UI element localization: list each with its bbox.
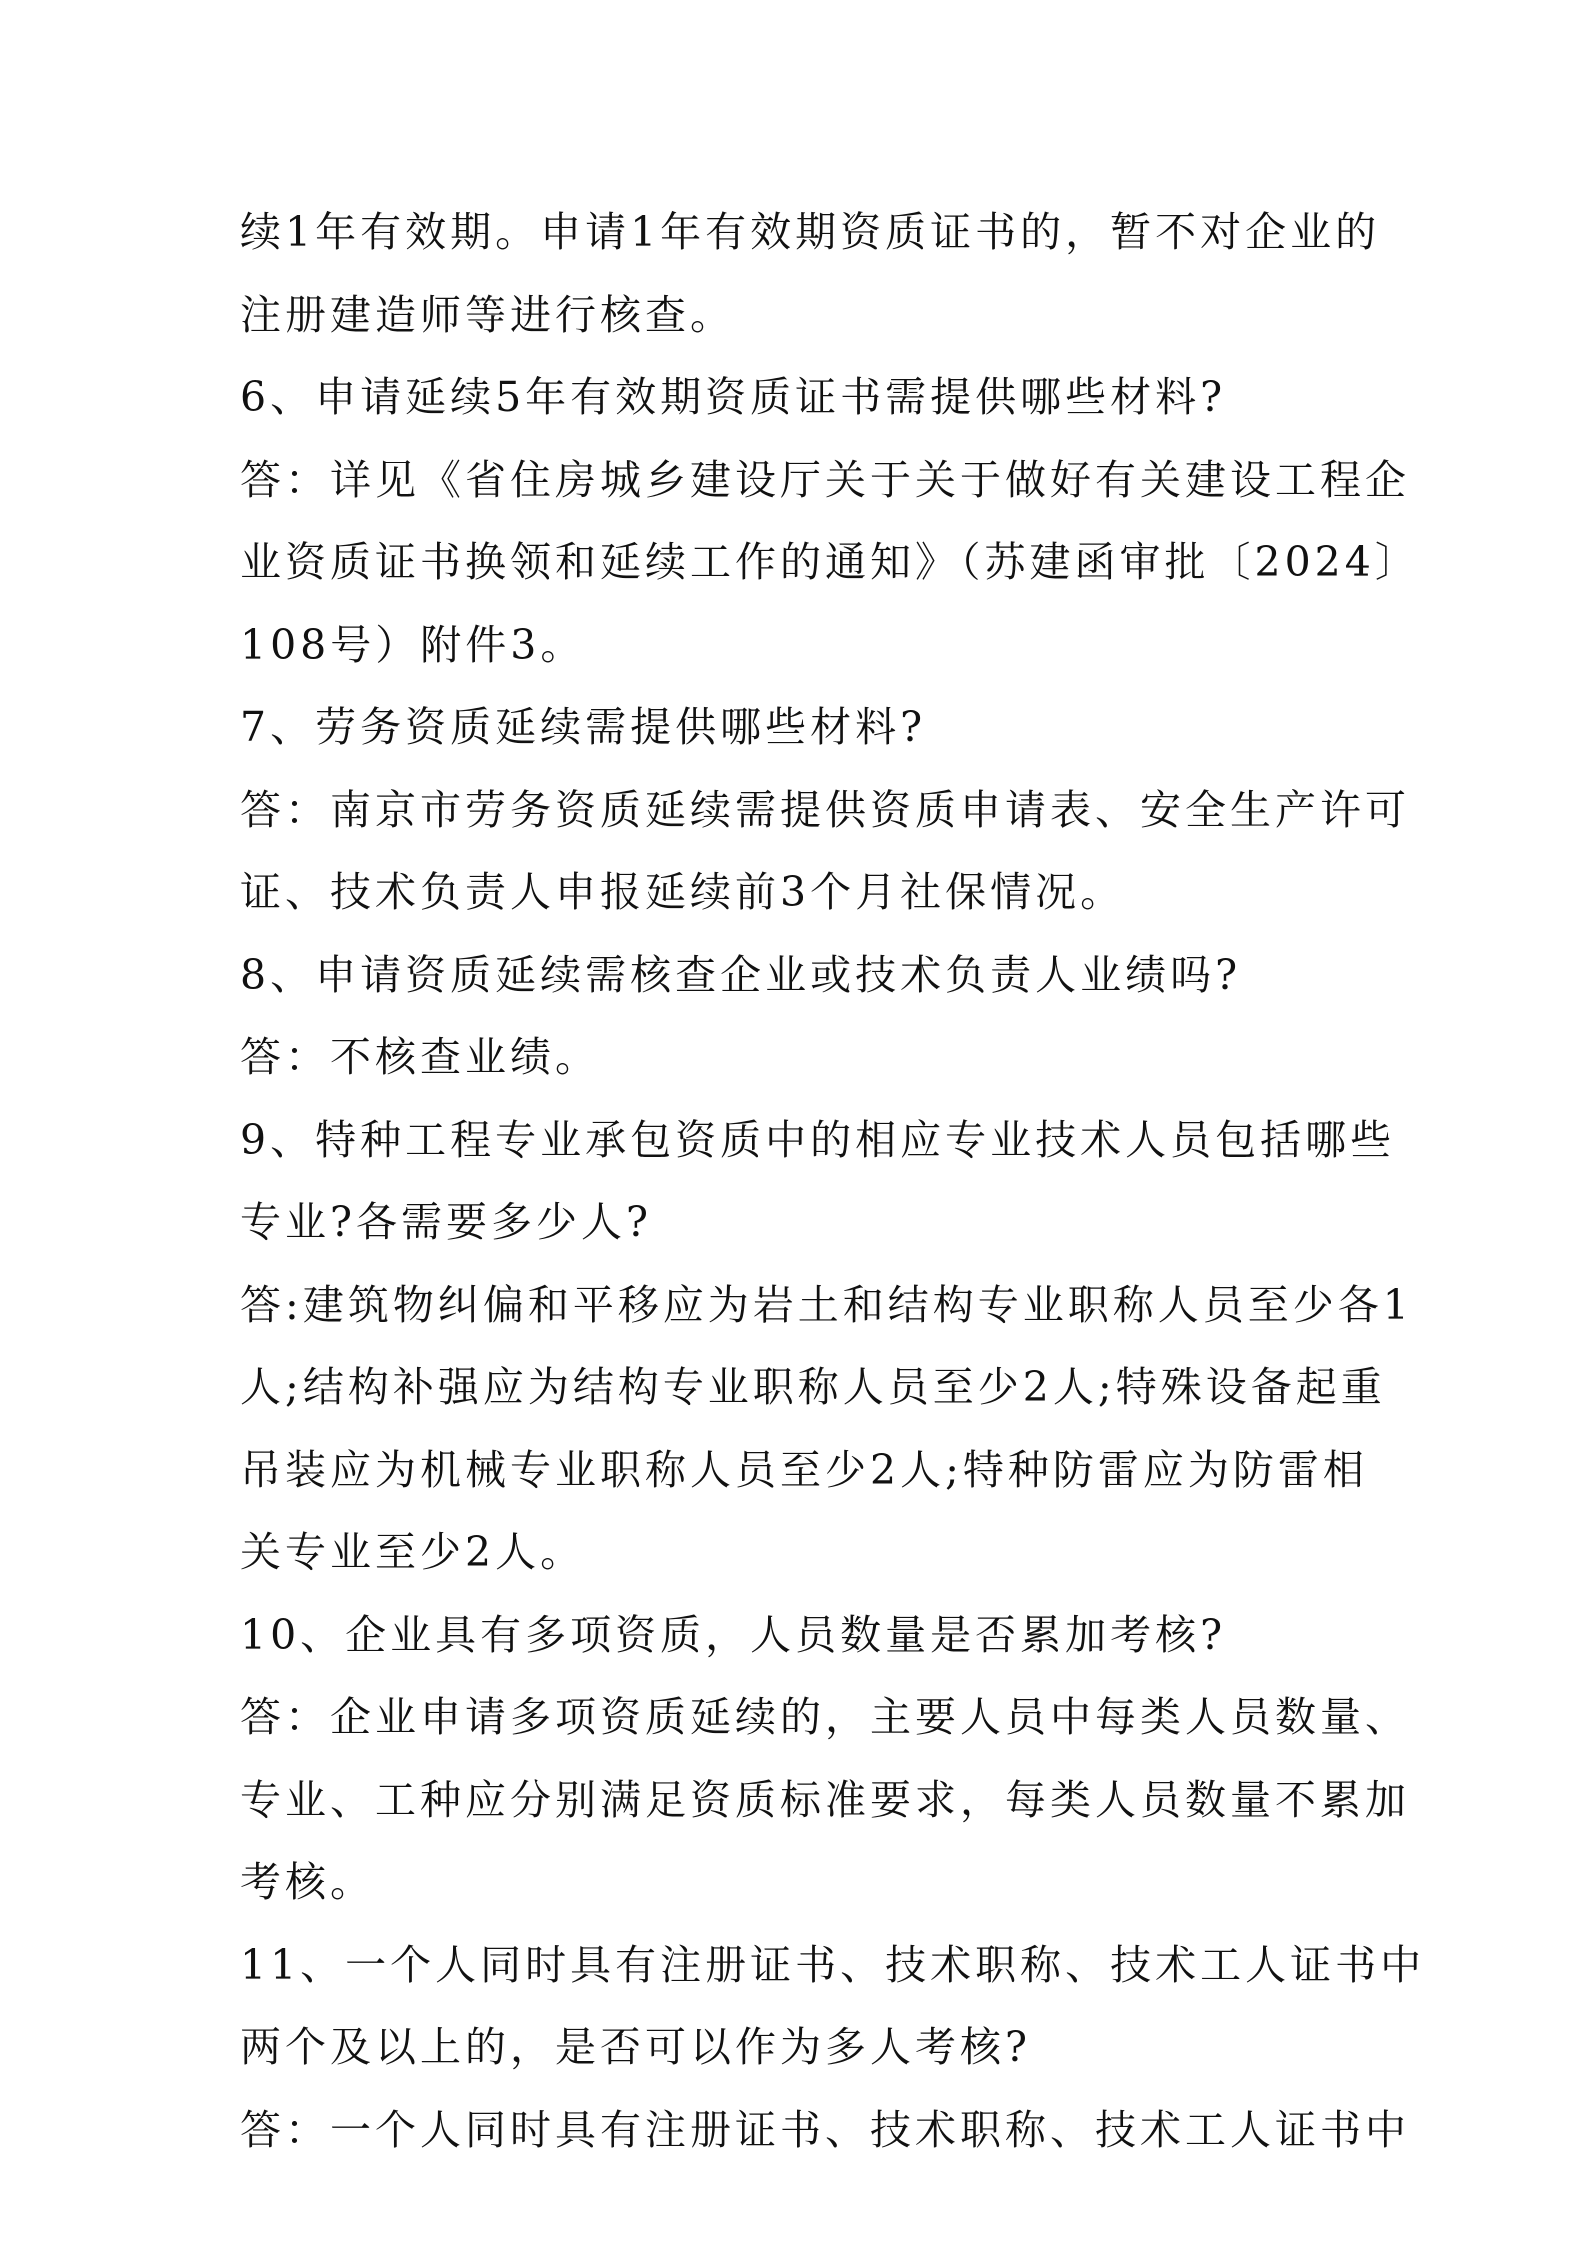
answer-text: 考核。	[240, 1862, 1355, 1902]
question-heading: 7、劳务资质延续需提供哪些材料?	[240, 707, 1355, 747]
text-line: 续1年有效期。申请1年有效期资质证书的，暂不对企业的	[240, 212, 1355, 252]
answer-text: 答：一个人同时具有注册证书、技术职称、技术工人证书中	[240, 2110, 1355, 2150]
answer-text: 答：不核查业绩。	[240, 1037, 1355, 1077]
question-heading: 6、申请延续5年有效期资质证书需提供哪些材料?	[240, 377, 1355, 417]
answer-text: 专业、工种应分别满足资质标准要求，每类人员数量不累加	[240, 1780, 1355, 1820]
document-page: 续1年有效期。申请1年有效期资质证书的，暂不对企业的 注册建造师等进行核查。 6…	[240, 212, 1355, 2192]
question-heading: 10、企业具有多项资质，人员数量是否累加考核?	[240, 1615, 1355, 1655]
question-heading: 两个及以上的，是否可以作为多人考核?	[240, 2027, 1355, 2067]
answer-text: 答：详见《省住房城乡建设厅关于关于做好有关建设工程企	[240, 460, 1355, 500]
question-heading: 11、一个人同时具有注册证书、技术职称、技术工人证书中	[240, 1945, 1355, 1985]
answer-text: 人;结构补强应为结构专业职称人员至少2人;特殊设备起重	[240, 1367, 1355, 1407]
answer-text: 答：企业申请多项资质延续的，主要人员中每类人员数量、	[240, 1697, 1355, 1737]
answer-text: 答：南京市劳务资质延续需提供资质申请表、安全生产许可	[240, 790, 1355, 830]
answer-text: 吊装应为机械专业职称人员至少2人;特种防雷应为防雷相	[240, 1450, 1355, 1490]
answer-text: 证、技术负责人申报延续前3个月社保情况。	[240, 872, 1355, 912]
answer-text: 业资质证书换领和延续工作的通知》（苏建函审批〔2024〕	[240, 542, 1355, 582]
question-heading: 8、申请资质延续需核查企业或技术负责人业绩吗?	[240, 955, 1355, 995]
question-heading: 专业?各需要多少人?	[240, 1202, 1355, 1242]
answer-text: 108号）附件3。	[240, 625, 1355, 665]
answer-text: 答:建筑物纠偏和平移应为岩土和结构专业职称人员至少各1	[240, 1285, 1355, 1325]
question-heading: 9、特种工程专业承包资质中的相应专业技术人员包括哪些	[240, 1120, 1355, 1160]
text-line: 注册建造师等进行核查。	[240, 295, 1355, 335]
answer-text: 关专业至少2人。	[240, 1532, 1355, 1572]
